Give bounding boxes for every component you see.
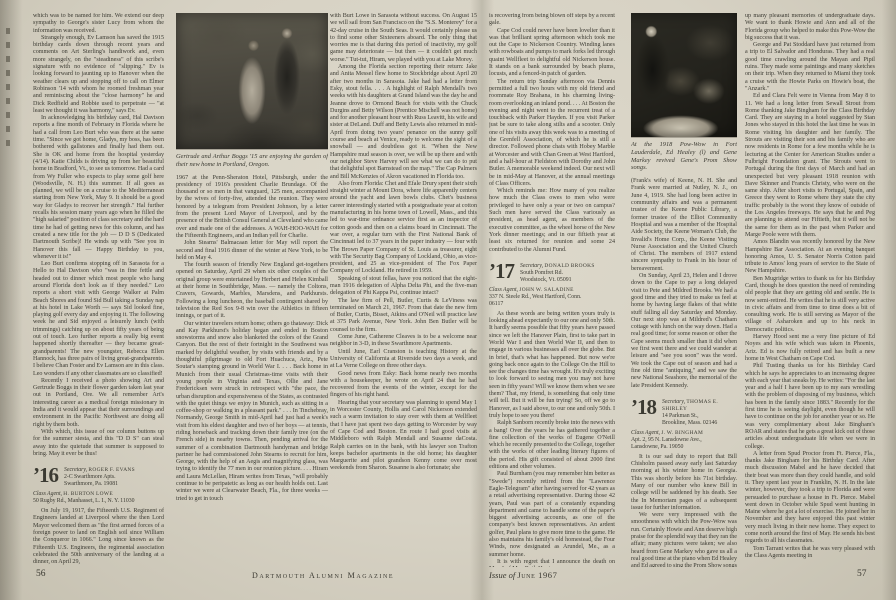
paragraph: It is with regret that I announce the de… — [489, 559, 615, 567]
paragraph: Leo Burt confirms stopping off in Saraso… — [33, 261, 164, 378]
class-agent-address-line: 337 N. Steele Rd., West Hartford, Conn. — [489, 294, 615, 301]
secretary-address-line: Woodstock, Vt. 05091 — [520, 277, 595, 284]
left-column-2-text: 1967 at the Penn-Sheraton Hotel, Pittsbu… — [176, 175, 328, 503]
paragraph: Our winter travelers return home; others… — [176, 321, 328, 503]
magazine-title: Dartmouth Alumni Magazine — [252, 571, 394, 580]
paragraph: Speaking of stout fellas, have you notic… — [330, 276, 477, 298]
class-agent-address-line: 50 Rugby Rd., Manhasset, L. I., N. Y. 11… — [33, 498, 164, 505]
paragraph: Cape Cod could never have been lovelier … — [489, 28, 615, 79]
paragraph: Come June, Catherene Cleaves is to be a … — [330, 334, 477, 349]
secretary-block: Secretary, DONALD BROOKSSouth Pomfret Rd… — [520, 262, 595, 284]
paragraph: We were very impressed with the smoothne… — [631, 512, 737, 567]
class-agent-name: JOHN W. SALADINE — [519, 287, 573, 293]
secretary-address-line: Swarthmore, Pa. 19081 — [64, 481, 135, 488]
paragraph: Harvey Hood sent me a very fine picture … — [745, 334, 875, 363]
paragraph: Good news from Esky: Back home nearly tw… — [330, 371, 477, 400]
issue-line: Issue of June 1967 — [489, 570, 558, 580]
secretary-address-line: 2-C Swarthmore Apts. — [64, 474, 135, 481]
paragraph: with Burt Lowe in Sarasota without succe… — [330, 13, 477, 64]
class-agent-block: Class Agent, JOHN W. SALADINE337 N. Stee… — [489, 287, 615, 308]
paragraph: The law firm of Pell, Butler, Curtis & L… — [330, 298, 477, 334]
powwow-photo — [631, 13, 737, 137]
secretary-label: Secretary, — [662, 399, 686, 405]
paragraph: Paul Burnham (you may remember him bette… — [489, 471, 615, 559]
paragraph: Ben Mugridge writes to thank us for his … — [745, 276, 875, 334]
class-agent-address-line: 06117 — [489, 301, 615, 308]
class-year-heading: ’16Secretary, ROGER F. EVANS2-C Swarthmo… — [33, 466, 164, 505]
left-page-number: 56 — [36, 569, 46, 579]
paragraph: A letter from Spud Proctor from Ft. Pier… — [745, 451, 875, 546]
class-agent-block: Class Agent, H. BURTON LOWE50 Rugby Rd.,… — [33, 491, 164, 505]
paragraph: George and Pat Stoddard have just return… — [745, 42, 875, 93]
issue-date: June 1967 — [517, 570, 557, 580]
garden-photo — [176, 13, 328, 149]
right-column-3: up many pleasant memories of undergradua… — [745, 13, 875, 567]
secretary-block: Secretary, THOMAS E. SHIRLEY14 Parkman S… — [662, 398, 737, 427]
class-year: ’16 — [33, 466, 58, 484]
paragraph: (Frank's wife) of Keene, N. H. She and F… — [631, 178, 737, 273]
paragraph: 1967 at the Penn-Sheraton Hotel, Pittsbu… — [176, 175, 328, 241]
paragraph: Among the Florida section reporting thei… — [330, 64, 477, 181]
paragraph: With which, this issue of our column but… — [33, 429, 164, 458]
secretary-name: ROGER F. EVANS — [88, 467, 135, 473]
class-year: ’18 — [631, 398, 656, 416]
paragraph: which was to be named for him. We extend… — [33, 13, 164, 35]
issue-prefix: Issue of — [489, 570, 515, 580]
class-year-heading: ’17Secretary, DONALD BROOKSSouth Pomfret… — [489, 262, 615, 308]
class-year: ’17 — [489, 262, 514, 280]
paragraph: The fourth season of friendly New Englan… — [176, 262, 328, 320]
paragraph: Recently I received a photo showing Art … — [33, 378, 164, 429]
class-agent-address-line: Apt. 2, 95 N. Lansdowne Ave., — [631, 437, 737, 444]
paragraph: As these words are being written yours t… — [489, 311, 615, 420]
right-page-number: 57 — [857, 569, 867, 579]
paragraph: It is our sad duty to report that Bill C… — [631, 454, 737, 512]
paragraph: In acknowledging his birthday card, Hal … — [33, 115, 164, 261]
secretary-name: DONALD BROOKS — [544, 263, 594, 269]
right-column-1: is recovering from being blown off steps… — [489, 13, 615, 567]
right-column-2-text: (Frank's wife) of Keene, N. H. She and F… — [631, 178, 737, 567]
paragraph: The return trip Sunday afternoon via Den… — [489, 79, 615, 188]
class-agent-label: Class Agent, — [33, 491, 63, 497]
secretary-block: Secretary, ROGER F. EVANS2-C Swarthmore … — [64, 466, 135, 488]
secretary-address-line: 14 Parkman St., — [662, 413, 737, 420]
paragraph: Which reminds me: How many of you realiz… — [489, 188, 615, 254]
paragraph: Ralph Sanborn recently broke into the ne… — [489, 420, 615, 471]
class-agent-block: Class Agent, J. W. BINGHAMApt. 2, 95 N. … — [631, 430, 737, 451]
paragraph: Also from Florida: Chet and Efale Drury … — [330, 181, 477, 276]
scan-edge-left — [0, 0, 30, 600]
secretary-address-line: Brookline, Mass. 02146 — [662, 420, 737, 427]
paragraph: Phil Tusting thanks us for his Birthday … — [745, 363, 875, 451]
paragraph: Strangely enough, Ev Lamson has saved th… — [33, 35, 164, 115]
secretary-label: Secretary, — [64, 467, 88, 473]
paragraph: Amos Blandin was recently honored by the… — [745, 239, 875, 275]
left-column-3: with Burt Lowe in Sarasota without succe… — [330, 13, 477, 567]
paragraph: Tom Tarrant writes that he was very plea… — [745, 546, 875, 561]
garden-photo-caption: Gertrude and Arthur Boggs '15 are enjoyi… — [176, 153, 328, 169]
paragraph: On July 19, 1917, the Fifteenth U.S. Reg… — [33, 508, 164, 566]
right-column-2: At the 1918 Pow-Wow in Fort Lauderdale, … — [631, 13, 737, 567]
paragraph: On Sunday, April 23, Helen and I drove d… — [631, 273, 737, 390]
scan-edge-right — [878, 0, 896, 600]
class-agent-label: Class Agent, — [631, 430, 661, 436]
class-agent-address-line: Lansdowne, Pa. 19050 — [631, 444, 737, 451]
paragraph: Ed and Clara Felt were in Vienna from Ma… — [745, 93, 875, 239]
class-agent-name: H. BURTON LOWE — [63, 491, 113, 497]
left-column-2: Gertrude and Arthur Boggs '15 are enjoyi… — [176, 13, 328, 567]
paragraph: is recovering from being blown off steps… — [489, 13, 615, 28]
scan-edge-marks — [6, 28, 10, 148]
secretary-address-line: South Pomfret Rd. — [520, 270, 595, 277]
class-agent-name: J. W. BINGHAM — [661, 430, 703, 436]
class-year-heading: ’18Secretary, THOMAS E. SHIRLEY14 Parkma… — [631, 398, 737, 451]
left-column-1: which was to be named for him. We extend… — [33, 13, 164, 567]
powwow-photo-caption: At the 1918 Pow-Wow in Fort Lauderdale, … — [631, 141, 737, 172]
paragraph: up many pleasant memories of undergradua… — [745, 13, 875, 42]
paragraph: Until June, Earl Cranston is teaching Hi… — [330, 349, 477, 371]
secretary-label: Secretary, — [520, 263, 544, 269]
class-agent-label: Class Agent, — [489, 287, 519, 293]
paragraph: Hearing that your secretary was planning… — [330, 400, 477, 473]
paragraph: John Stearns' Balmacaan letter for May w… — [176, 240, 328, 262]
